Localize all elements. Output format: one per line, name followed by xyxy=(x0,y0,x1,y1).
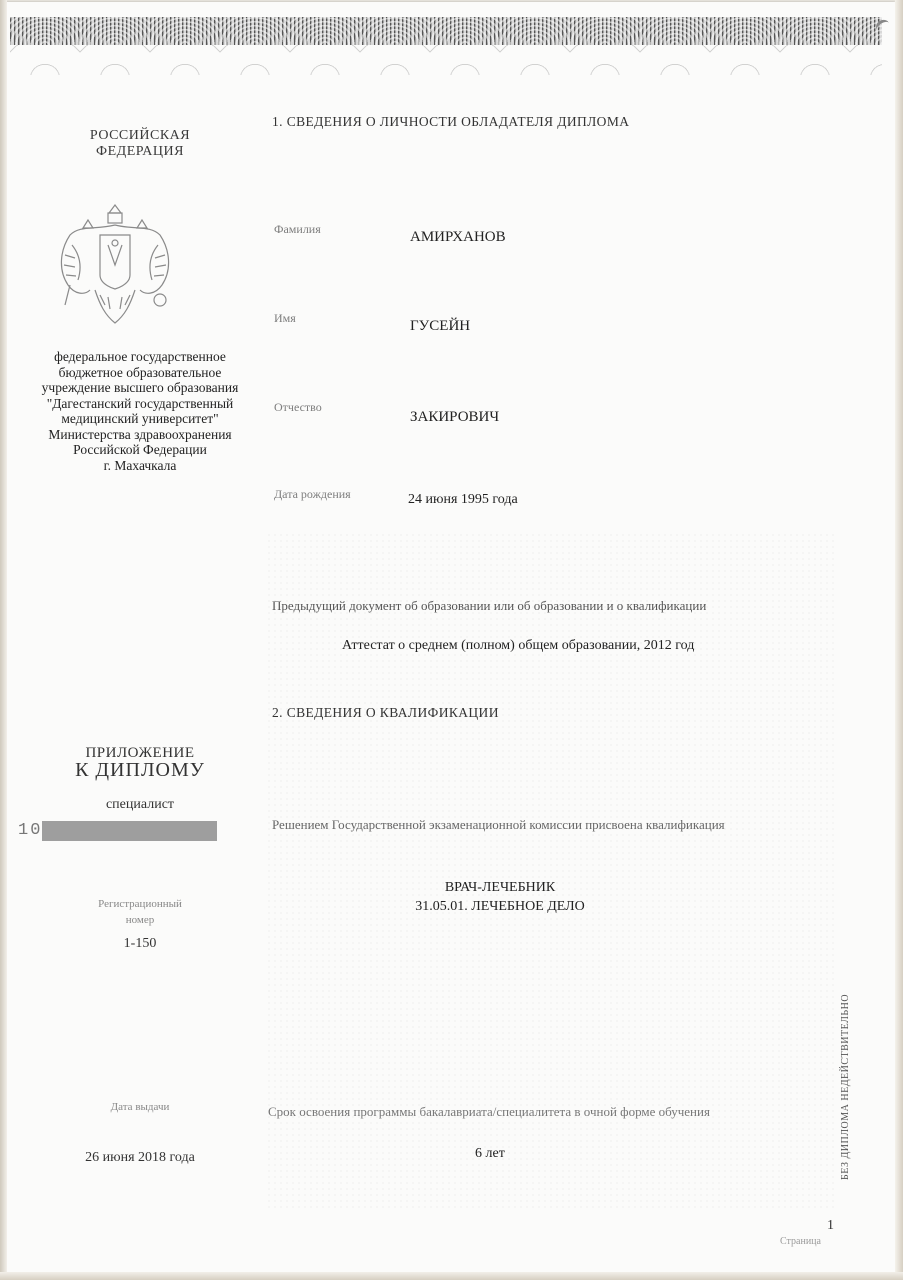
given-name-label: Имя xyxy=(274,311,296,326)
page-edge-bottom xyxy=(0,1272,903,1280)
page-edge-left xyxy=(0,0,7,1280)
institution-line: Министерства здравоохранения xyxy=(20,427,260,443)
section-1-title: 1. СВЕДЕНИЯ О ЛИЧНОСТИ ОБЛАДАТЕЛЯ ДИПЛОМ… xyxy=(272,114,629,130)
issue-date: 26 июня 2018 года xyxy=(20,1150,260,1166)
registration-label-line-1: Регистрационный xyxy=(20,896,260,912)
country-line-2: ФЕДЕРАЦИЯ xyxy=(20,144,260,160)
institution-line: г. Махачкала xyxy=(20,458,260,474)
russian-coat-of-arms-icon xyxy=(50,195,180,330)
institution-line: Российской Федерации xyxy=(20,442,260,458)
validity-side-note: БЕЗ ДИПЛОМА НЕДЕЙСТВИТЕЛЬНО xyxy=(840,994,851,1180)
serial-number: 10 xyxy=(18,820,218,842)
guilloche-border-band xyxy=(10,17,882,45)
patronymic-label: Отчество xyxy=(274,400,322,415)
institution-name: федеральное государственное бюджетное об… xyxy=(20,349,260,473)
study-duration-value: 6 лет xyxy=(475,1146,505,1162)
institution-line: бюджетное образовательное xyxy=(20,365,260,381)
study-duration-label: Срок освоения программы бакалавриата/спе… xyxy=(268,1104,710,1120)
surname-label: Фамилия xyxy=(274,222,321,237)
specialty-value: 31.05.01. ЛЕЧЕБНОЕ ДЕЛО xyxy=(380,899,620,915)
serial-number-visible: 10 xyxy=(18,821,42,840)
registration-label: Регистрационный номер xyxy=(20,896,260,928)
page-footer-label: Страница xyxy=(780,1236,821,1247)
institution-line: учреждение высшего образования xyxy=(20,380,260,396)
appendix-title: ПРИЛОЖЕНИЕ К ДИПЛОМУ xyxy=(20,745,260,779)
page-number: 1 xyxy=(827,1218,834,1234)
country-line-1: РОССИЙСКАЯ xyxy=(20,128,260,144)
institution-line: медицинский университет" xyxy=(20,411,260,427)
qualification-value: ВРАЧ-ЛЕЧЕБНИК xyxy=(380,880,620,896)
given-name-value: ГУСЕЙН xyxy=(410,318,470,335)
birth-date-value: 24 июня 1995 года xyxy=(408,492,518,508)
qualification-decision-label: Решением Государственной экзаменационной… xyxy=(272,817,725,833)
registration-label-line-2: номер xyxy=(20,912,260,928)
degree-level: специалист xyxy=(20,797,260,813)
appendix-title-line-2: К ДИПЛОМУ xyxy=(20,762,260,779)
registration-number: 1-150 xyxy=(20,936,260,952)
institution-line: федеральное государственное xyxy=(20,349,260,365)
surname-value: АМИРХАНОВ xyxy=(410,229,506,246)
section-2-title: 2. СВЕДЕНИЯ О КВАЛИФИКАЦИИ xyxy=(272,705,499,721)
country-title: РОССИЙСКАЯ ФЕДЕРАЦИЯ xyxy=(20,128,260,160)
redaction-mask xyxy=(42,821,217,841)
guilloche-pattern xyxy=(10,45,882,75)
issue-date-label: Дата выдачи xyxy=(20,1101,260,1113)
institution-line: "Дагестанский государственный xyxy=(20,396,260,412)
previous-document-value: Аттестат о среднем (полном) общем образо… xyxy=(342,638,694,654)
birth-date-label: Дата рождения xyxy=(274,487,351,502)
page-edge-right xyxy=(895,0,903,1280)
previous-document-label: Предыдущий документ об образовании или о… xyxy=(272,598,706,614)
patronymic-value: ЗАКИРОВИЧ xyxy=(410,409,499,426)
